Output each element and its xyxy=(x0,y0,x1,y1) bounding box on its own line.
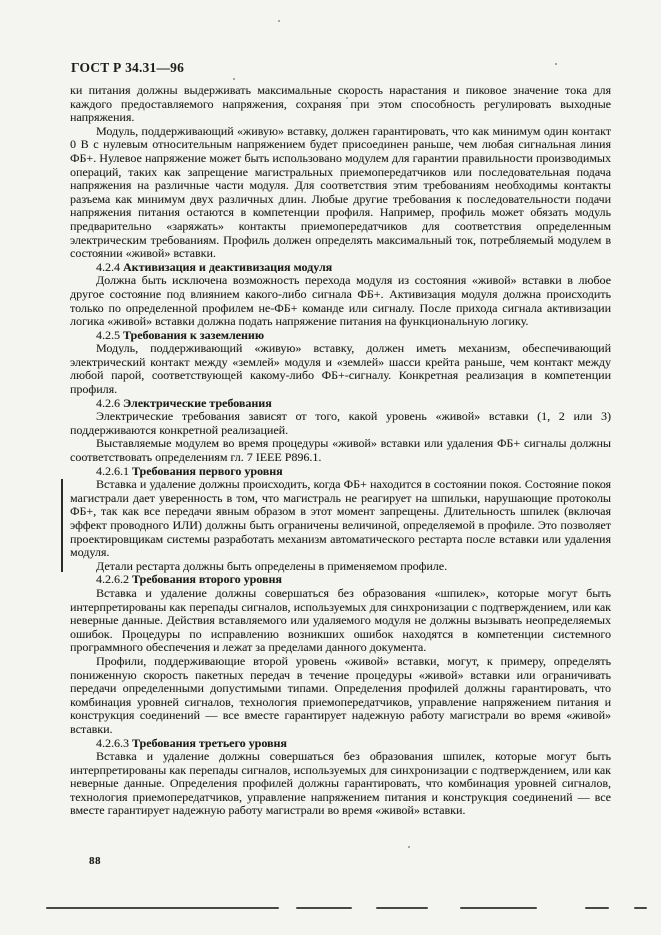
scan-edge-line-segment xyxy=(296,907,352,909)
section-heading: 4.2.5 Требования к заземлению xyxy=(70,329,611,343)
scan-edge-line-segment xyxy=(46,907,279,909)
scan-noise-speck xyxy=(555,63,557,65)
paragraph: Должна быть исключена возможность перехо… xyxy=(70,274,611,328)
scan-noise-speck xyxy=(233,78,235,80)
paragraph: Модуль, поддерживающий «живую» вставку, … xyxy=(70,125,611,261)
paragraph: Модуль, поддерживающий «живую» вставку, … xyxy=(70,342,611,396)
section-heading: 4.2.4 Активизация и деактивизация модуля xyxy=(70,261,611,275)
section-number: 4.2.5 xyxy=(96,328,120,342)
paragraph: Профили, поддерживающие второй уровень «… xyxy=(70,655,611,737)
section-number: 4.2.6.2 xyxy=(96,572,129,586)
section-heading: 4.2.6 Электрические требования xyxy=(70,397,611,411)
scan-edge-line-segment xyxy=(376,907,428,909)
section-number: 4.2.6 xyxy=(96,396,120,410)
paragraph: ки питания должны выдерживать максимальн… xyxy=(70,84,611,125)
section-title: Требования третьего уровня xyxy=(132,736,287,750)
scanned-document-page: ГОСТ Р 34.31—96 ки питания должны выдерж… xyxy=(0,0,661,935)
scan-noise-speck xyxy=(346,97,348,99)
paragraph: Вставка и удаление должны совершаться бе… xyxy=(70,750,611,818)
section-heading: 4.2.6.1 Требования первого уровня xyxy=(70,465,611,479)
section-number: 4.2.4 xyxy=(96,260,120,274)
scan-edge-line-segment xyxy=(634,907,647,909)
section-title: Электрические требования xyxy=(123,396,272,410)
section-heading: 4.2.6.3 Требования третьего уровня xyxy=(70,737,611,751)
section-title: Активизация и деактивизация модуля xyxy=(123,260,332,274)
scan-edge-line-segment xyxy=(460,907,537,909)
paragraph: Вставка и удаление должны совершаться бе… xyxy=(70,587,611,655)
document-body: ки питания должны выдерживать максимальн… xyxy=(70,84,611,818)
paragraph: Выставляемые модулем во время процедуры … xyxy=(70,437,611,464)
revision-bar xyxy=(61,479,63,572)
section-title: Требования к заземлению xyxy=(123,328,264,342)
standard-code-header: ГОСТ Р 34.31—96 xyxy=(71,60,184,76)
scan-edge-line-segment xyxy=(585,907,609,909)
section-number: 4.2.6.3 xyxy=(96,736,129,750)
paragraph: Электрические требования зависят от того… xyxy=(70,410,611,437)
paragraph: Детали рестарта должны быть определены в… xyxy=(70,560,611,574)
scan-noise-speck xyxy=(278,20,280,22)
section-number: 4.2.6.1 xyxy=(96,464,129,478)
section-heading: 4.2.6.2 Требования второго уровня xyxy=(70,573,611,587)
paragraph: Вставка и удаление должны происходить, к… xyxy=(70,478,611,560)
scan-noise-speck xyxy=(408,846,410,848)
page-number: 88 xyxy=(89,855,101,867)
section-title: Требования второго уровня xyxy=(132,572,282,586)
section-title: Требования первого уровня xyxy=(132,464,283,478)
revision-marked-block: Вставка и удаление должны происходить, к… xyxy=(70,478,611,573)
